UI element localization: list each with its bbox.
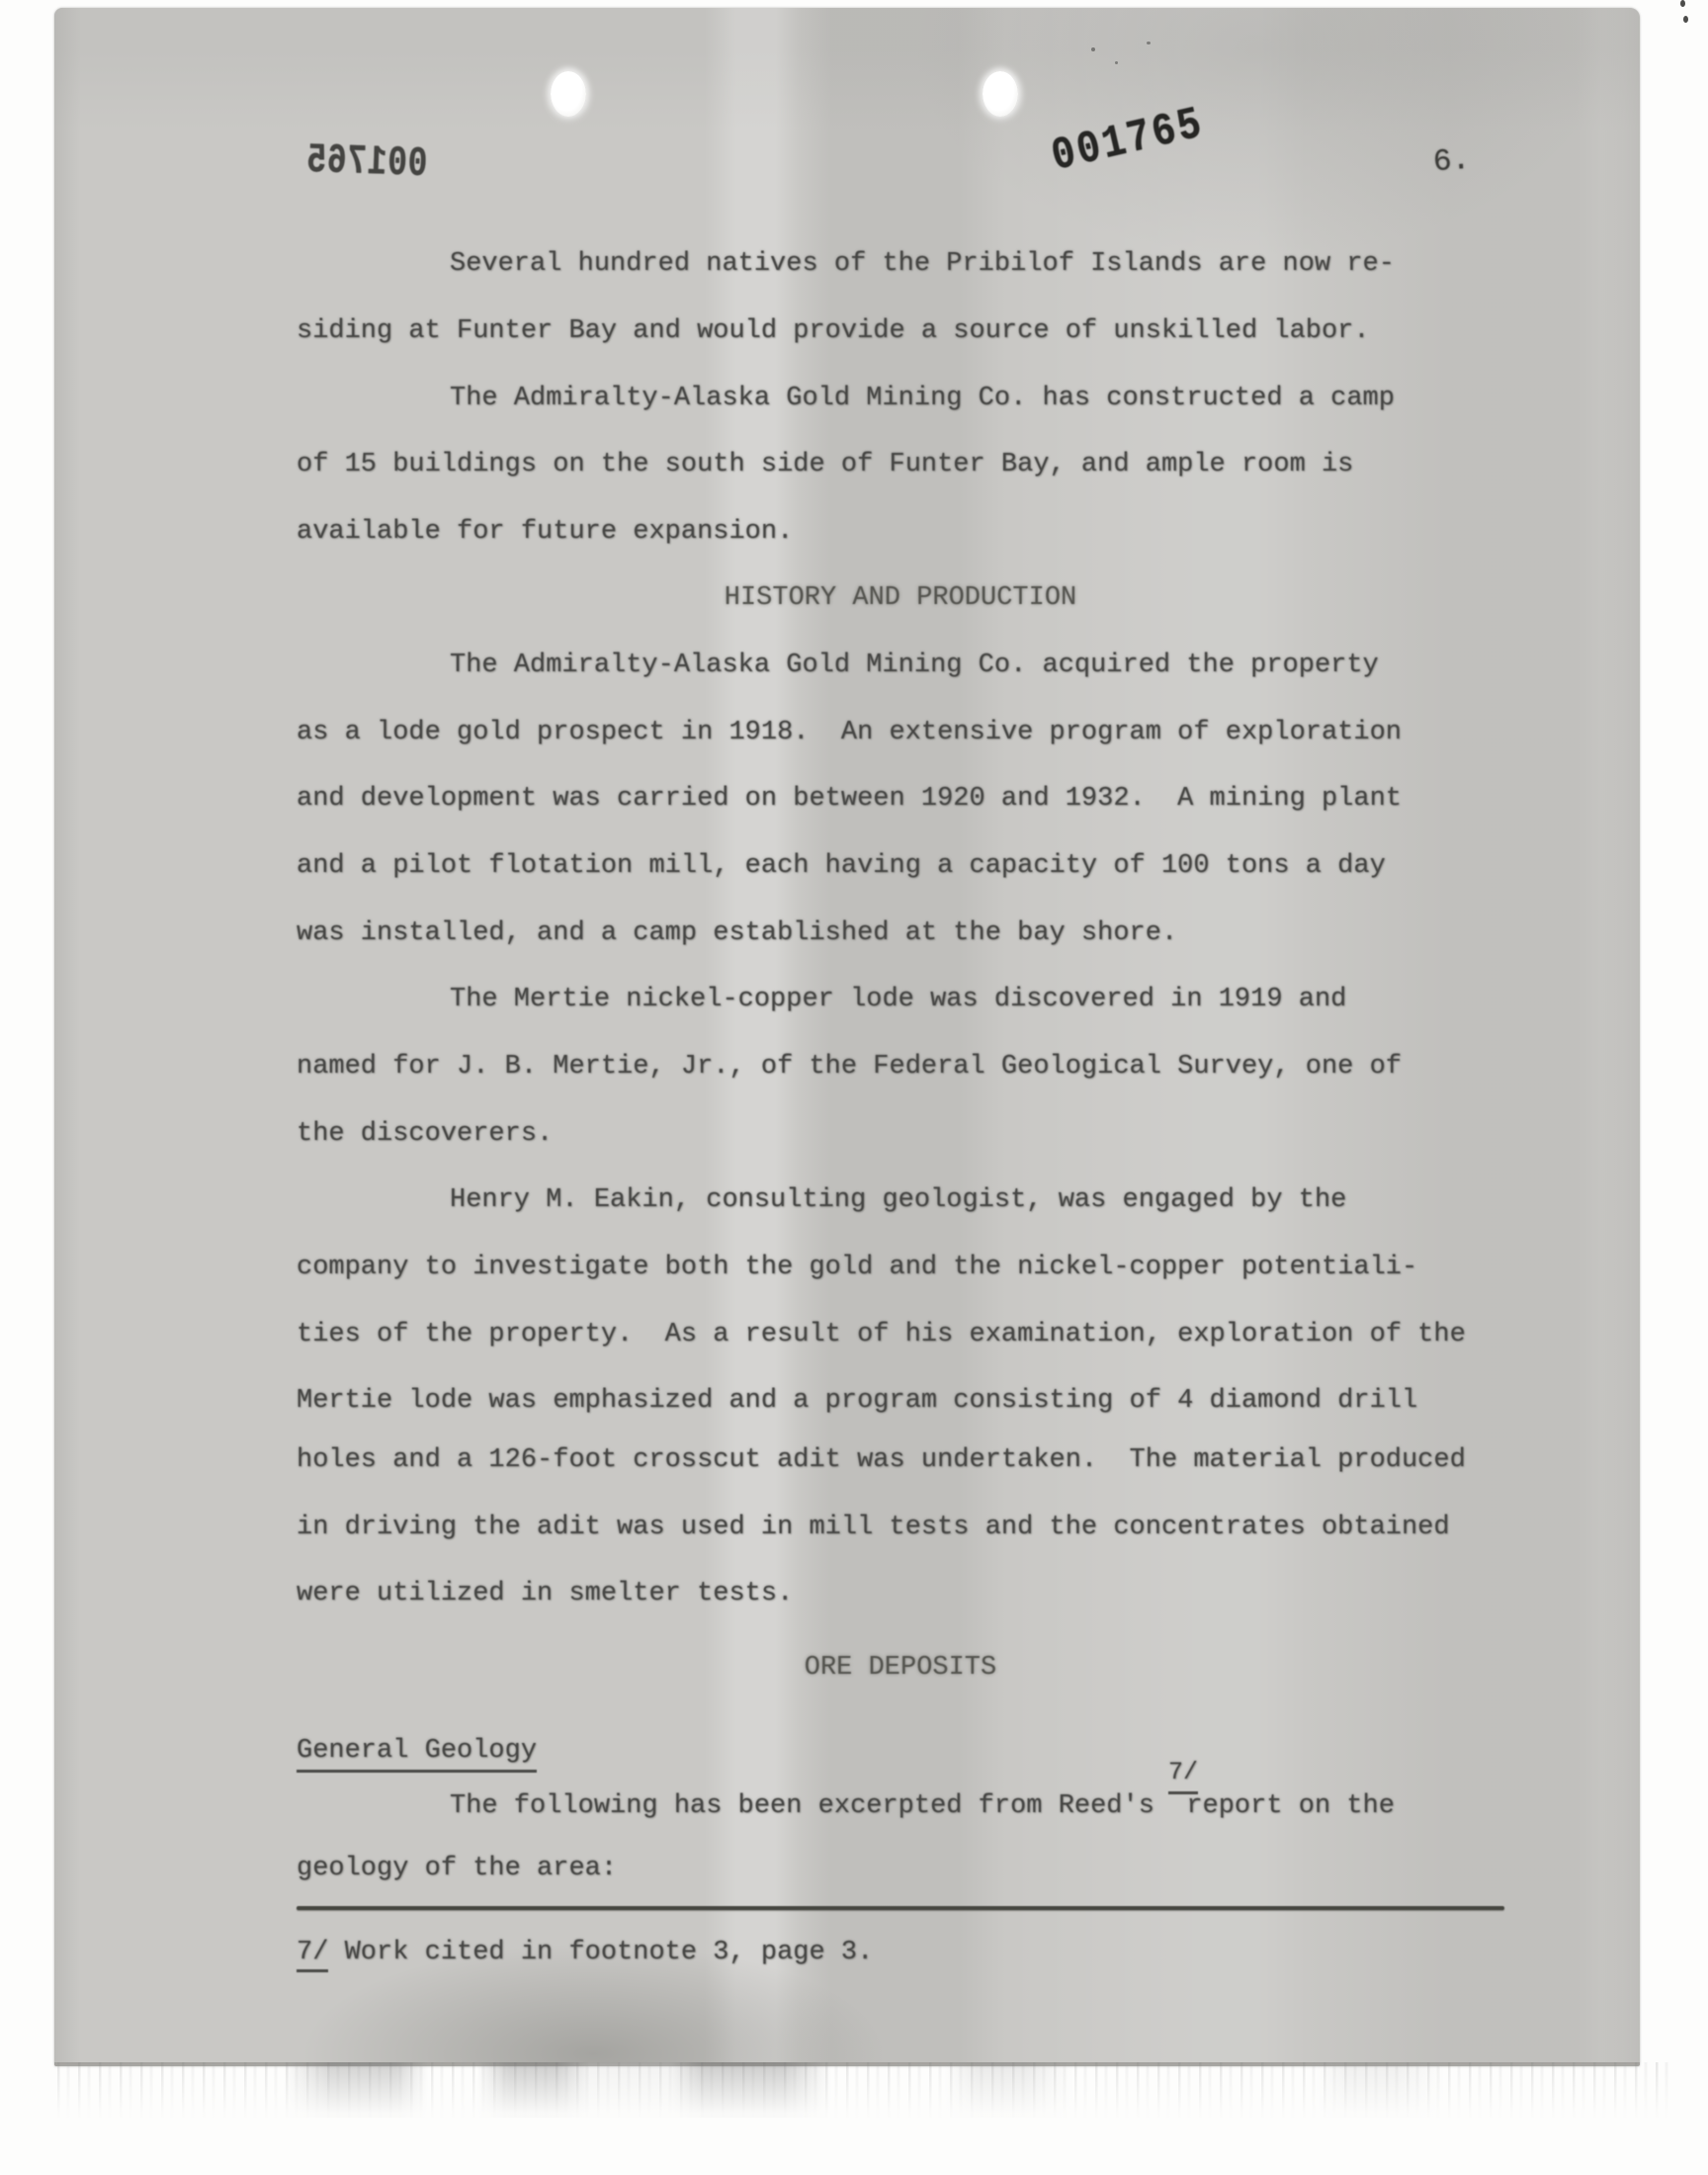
body-line: in driving the adit was used in mill tes…: [297, 1513, 1450, 1542]
heading-history-production: HISTORY AND PRODUCTION: [297, 583, 1504, 613]
body-line: and development was carried on between 1…: [297, 784, 1402, 814]
body-line: ties of the property. As a result of his…: [297, 1320, 1466, 1349]
body-line: as a lode gold prospect in 1918. An exte…: [297, 718, 1402, 747]
body-line: the discoverers.: [297, 1119, 553, 1149]
bleed-through-stamp: 001765: [300, 136, 433, 189]
body-line: geology of the area:: [297, 1854, 617, 1883]
footnote-text: Work cited in footnote 3, page 3.: [345, 1938, 874, 1967]
body-line: were utilized in smelter tests.: [297, 1579, 793, 1609]
heading-ore-deposits: ORE DEPOSITS: [297, 1653, 1504, 1683]
body-line: and a pilot flotation mill, each having …: [297, 851, 1386, 881]
body-line: siding at Funter Bay and would provide a…: [297, 316, 1370, 346]
control-number-stamp: 001765: [1036, 96, 1220, 186]
body-line: Several hundred natives of the Pribilof …: [450, 249, 1395, 279]
body-line: holes and a 126-foot crosscut adit was u…: [297, 1445, 1466, 1475]
text-layer: 001765 001765 6. Several hundred natives…: [0, 0, 1708, 2175]
body-line: The Admiralty-Alaska Gold Mining Co. acq…: [450, 651, 1379, 680]
body-line: named for J. B. Mertie, Jr., of the Fede…: [297, 1052, 1402, 1082]
footnote-marker: 7/: [297, 1938, 328, 1972]
subheading-general-geology: General Geology: [297, 1736, 537, 1773]
page-number: 6.: [1432, 143, 1472, 181]
body-line: Mertie lode was emphasized and a program…: [297, 1386, 1417, 1416]
footnote-rule: [297, 1906, 1504, 1910]
body-line: The Admiralty-Alaska Gold Mining Co. has…: [450, 384, 1395, 413]
body-line: available for future expansion.: [297, 517, 793, 547]
body-line: Henry M. Eakin, consulting geologist, wa…: [450, 1185, 1346, 1215]
footnote-superscript: 7/: [1168, 1758, 1198, 1794]
body-line: of 15 buildings on the south side of Fun…: [297, 450, 1353, 479]
footnote-line: 7/ Work cited in footnote 3, page 3.: [297, 1938, 873, 1967]
body-line: The following has been excerpted from Re…: [450, 1791, 1395, 1821]
scanned-page: 001765 001765 6. Several hundred natives…: [0, 0, 1708, 2175]
body-line: The Mertie nickel-copper lode was discov…: [450, 985, 1346, 1014]
body-line: was installed, and a camp established at…: [297, 918, 1177, 948]
body-line: company to investigate both the gold and…: [297, 1253, 1417, 1282]
